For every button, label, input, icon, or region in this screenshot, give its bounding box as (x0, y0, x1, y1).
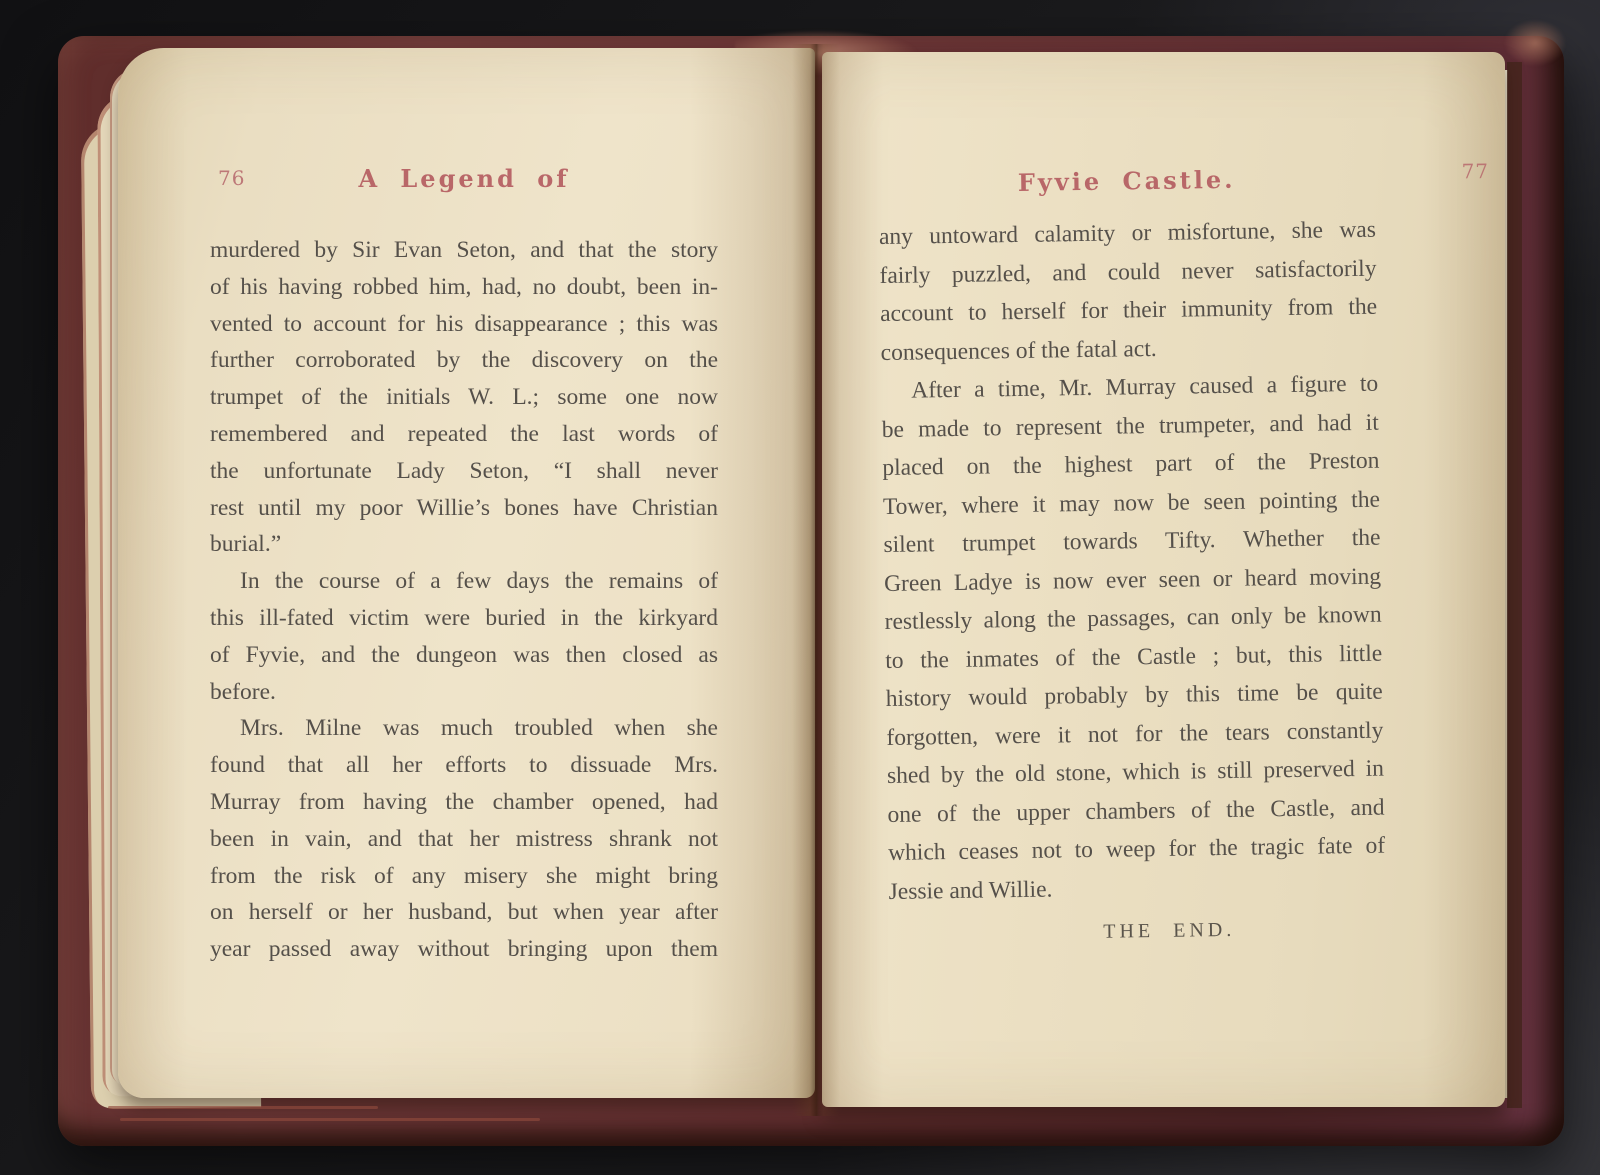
text-line: trumpet of the initials W. L.; some one … (210, 379, 718, 416)
text-line: before. (210, 674, 718, 711)
text-line: shed by the old stone, which is still pr… (887, 750, 1385, 796)
bottom-page-edge-line (120, 1118, 540, 1121)
text-line: In the course of a few days the remains … (210, 563, 718, 600)
text-line: Murray from having the chamber opened, h… (210, 784, 718, 821)
text-line: history would probably by this time be q… (886, 673, 1384, 719)
text-line: Mrs. Milne was much troubled when she (210, 710, 718, 747)
photo-scene: 76 A Legend of murdered by Sir Evan Seto… (0, 0, 1600, 1175)
text-line: restlessly along the passages, can only … (884, 596, 1382, 642)
text-line: Jessie and Willie. (888, 865, 1386, 911)
text-line: from the risk of any misery she might br… (210, 858, 718, 895)
text-line: rest until my poor Willie’s bones have C… (210, 490, 718, 527)
text-line: this ill-fated victim were buried in the… (210, 600, 718, 637)
text-line: which ceases not to weep for the tragic … (888, 827, 1386, 873)
text-line: year passed away without bringing upon t… (210, 931, 718, 968)
page-number-right: 77 (1461, 159, 1489, 183)
the-end-label: THE END. (889, 916, 1449, 947)
text-line: any untoward calamity or misfortune, she… (879, 211, 1377, 257)
text-line: been in vain, and that her mistress shra… (210, 821, 718, 858)
right-page-content: 77 Fyvie Castle. any untoward calamity o… (820, 43, 1519, 1108)
right-page-text: any untoward calamity or misfortune, she… (879, 211, 1386, 911)
running-head-left: A Legend of (210, 164, 718, 193)
right-page: 77 Fyvie Castle. any untoward calamity o… (822, 52, 1505, 1107)
left-page-text: murdered by Sir Evan Seton, and that the… (210, 232, 718, 968)
text-line: remembered and repeated the last words o… (210, 416, 718, 453)
bottom-page-edge-line (108, 1106, 378, 1109)
running-head-right: Fyvie Castle. (878, 163, 1375, 199)
text-line: placed on the highest part of the Presto… (882, 442, 1380, 488)
text-line: silent trumpet towards Tifty. Whether th… (883, 519, 1381, 565)
text-line: account to herself for their immunity fr… (880, 288, 1378, 334)
text-line: burial.” (210, 526, 718, 563)
text-line: After a time, Mr. Murray caused a figure… (881, 365, 1379, 411)
text-line: of Fyvie, and the dungeon was then close… (210, 637, 718, 674)
text-line: of his having robbed him, had, no doubt,… (210, 269, 718, 306)
text-line: on herself or her husband, but when year… (210, 894, 718, 931)
text-line: vented to account for his disappearance … (210, 306, 718, 343)
text-line: murdered by Sir Evan Seton, and that the… (210, 232, 718, 269)
text-line: the unfortunate Lady Seton, “I shall nev… (210, 453, 718, 490)
text-line: found that all her efforts to dissuade M… (210, 747, 718, 784)
left-page: 76 A Legend of murdered by Sir Evan Seto… (118, 48, 815, 1098)
text-line: further corroborated by the discovery on… (210, 342, 718, 379)
